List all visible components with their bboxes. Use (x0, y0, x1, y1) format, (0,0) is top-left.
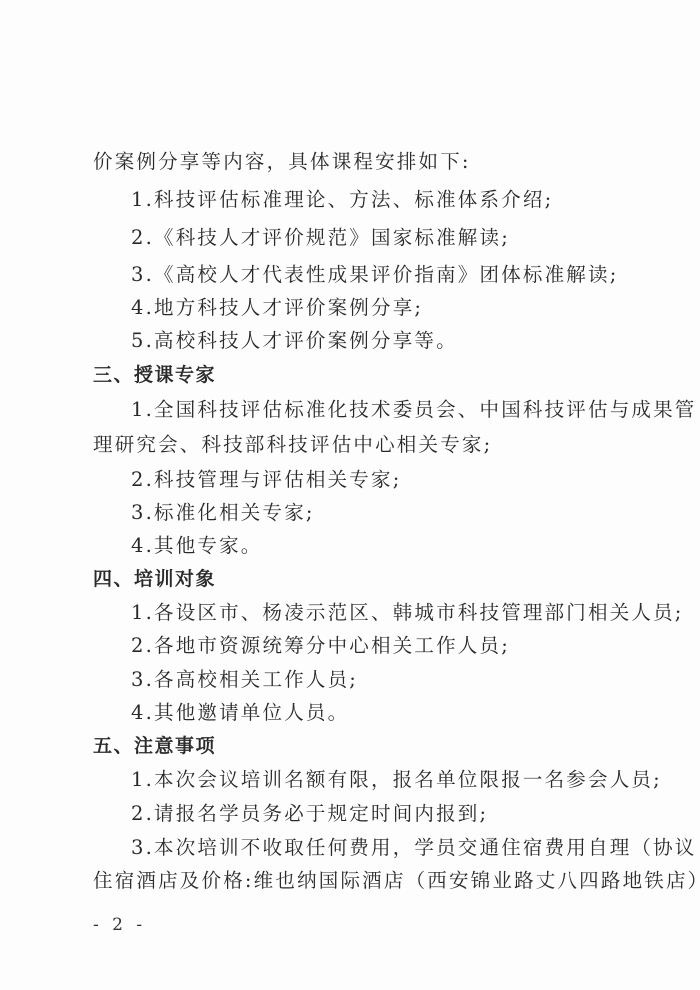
course-item: 5.高校科技人才评价案例分享等。 (131, 328, 458, 354)
notes-item-continuation: 住宿酒店及价格:维也纳国际酒店（西安锦业路丈八四路地铁店） (93, 868, 700, 894)
notes-item: 3.本次培训不收取任何费用，学员交通住宿费用自理（协议 (131, 835, 697, 861)
notes-item: 2.请报名学员务必于规定时间内报到; (131, 801, 488, 827)
experts-item: 1.全国科技评估标准化技术委员会、中国科技评估与成果管 (131, 397, 697, 423)
audience-item: 4.其他邀请单位人员。 (131, 700, 349, 726)
experts-item: 3.标准化相关专家; (131, 500, 315, 526)
course-item: 3.《高校人才代表性成果评价指南》团体标准解读; (131, 262, 618, 288)
page-number: - 2 - (93, 915, 146, 935)
notes-item: 1.本次会议培训名额有限，报名单位限报一名参会人员; (131, 767, 662, 793)
section-heading-experts: 三、授课专家 (93, 362, 216, 388)
section-heading-audience: 四、培训对象 (93, 566, 216, 592)
document-page: 价案例分享等内容，具体课程安排如下: 1.科技评估标准理论、方法、标准体系介绍;… (0, 0, 700, 990)
audience-item: 2.各地市资源统筹分中心相关工作人员; (131, 633, 510, 659)
intro-continuation: 价案例分享等内容，具体课程安排如下: (93, 149, 471, 175)
audience-item: 3.各高校相关工作人员; (131, 667, 358, 693)
course-item: 1.科技评估标准理论、方法、标准体系介绍; (131, 187, 553, 213)
experts-item: 2.科技管理与评估相关专家; (131, 467, 401, 493)
experts-item: 4.其他专家。 (131, 533, 263, 559)
experts-item-continuation: 理研究会、科技部科技评估中心相关专家; (93, 432, 492, 458)
course-item: 2.《科技人才评价规范》国家标准解读; (131, 225, 510, 251)
section-heading-notes: 五、注意事项 (93, 733, 216, 759)
course-item: 4.地方科技人才评价案例分享; (131, 295, 423, 321)
audience-item: 1.各设区市、杨凌示范区、韩城市科技管理部门相关人员; (131, 600, 684, 626)
